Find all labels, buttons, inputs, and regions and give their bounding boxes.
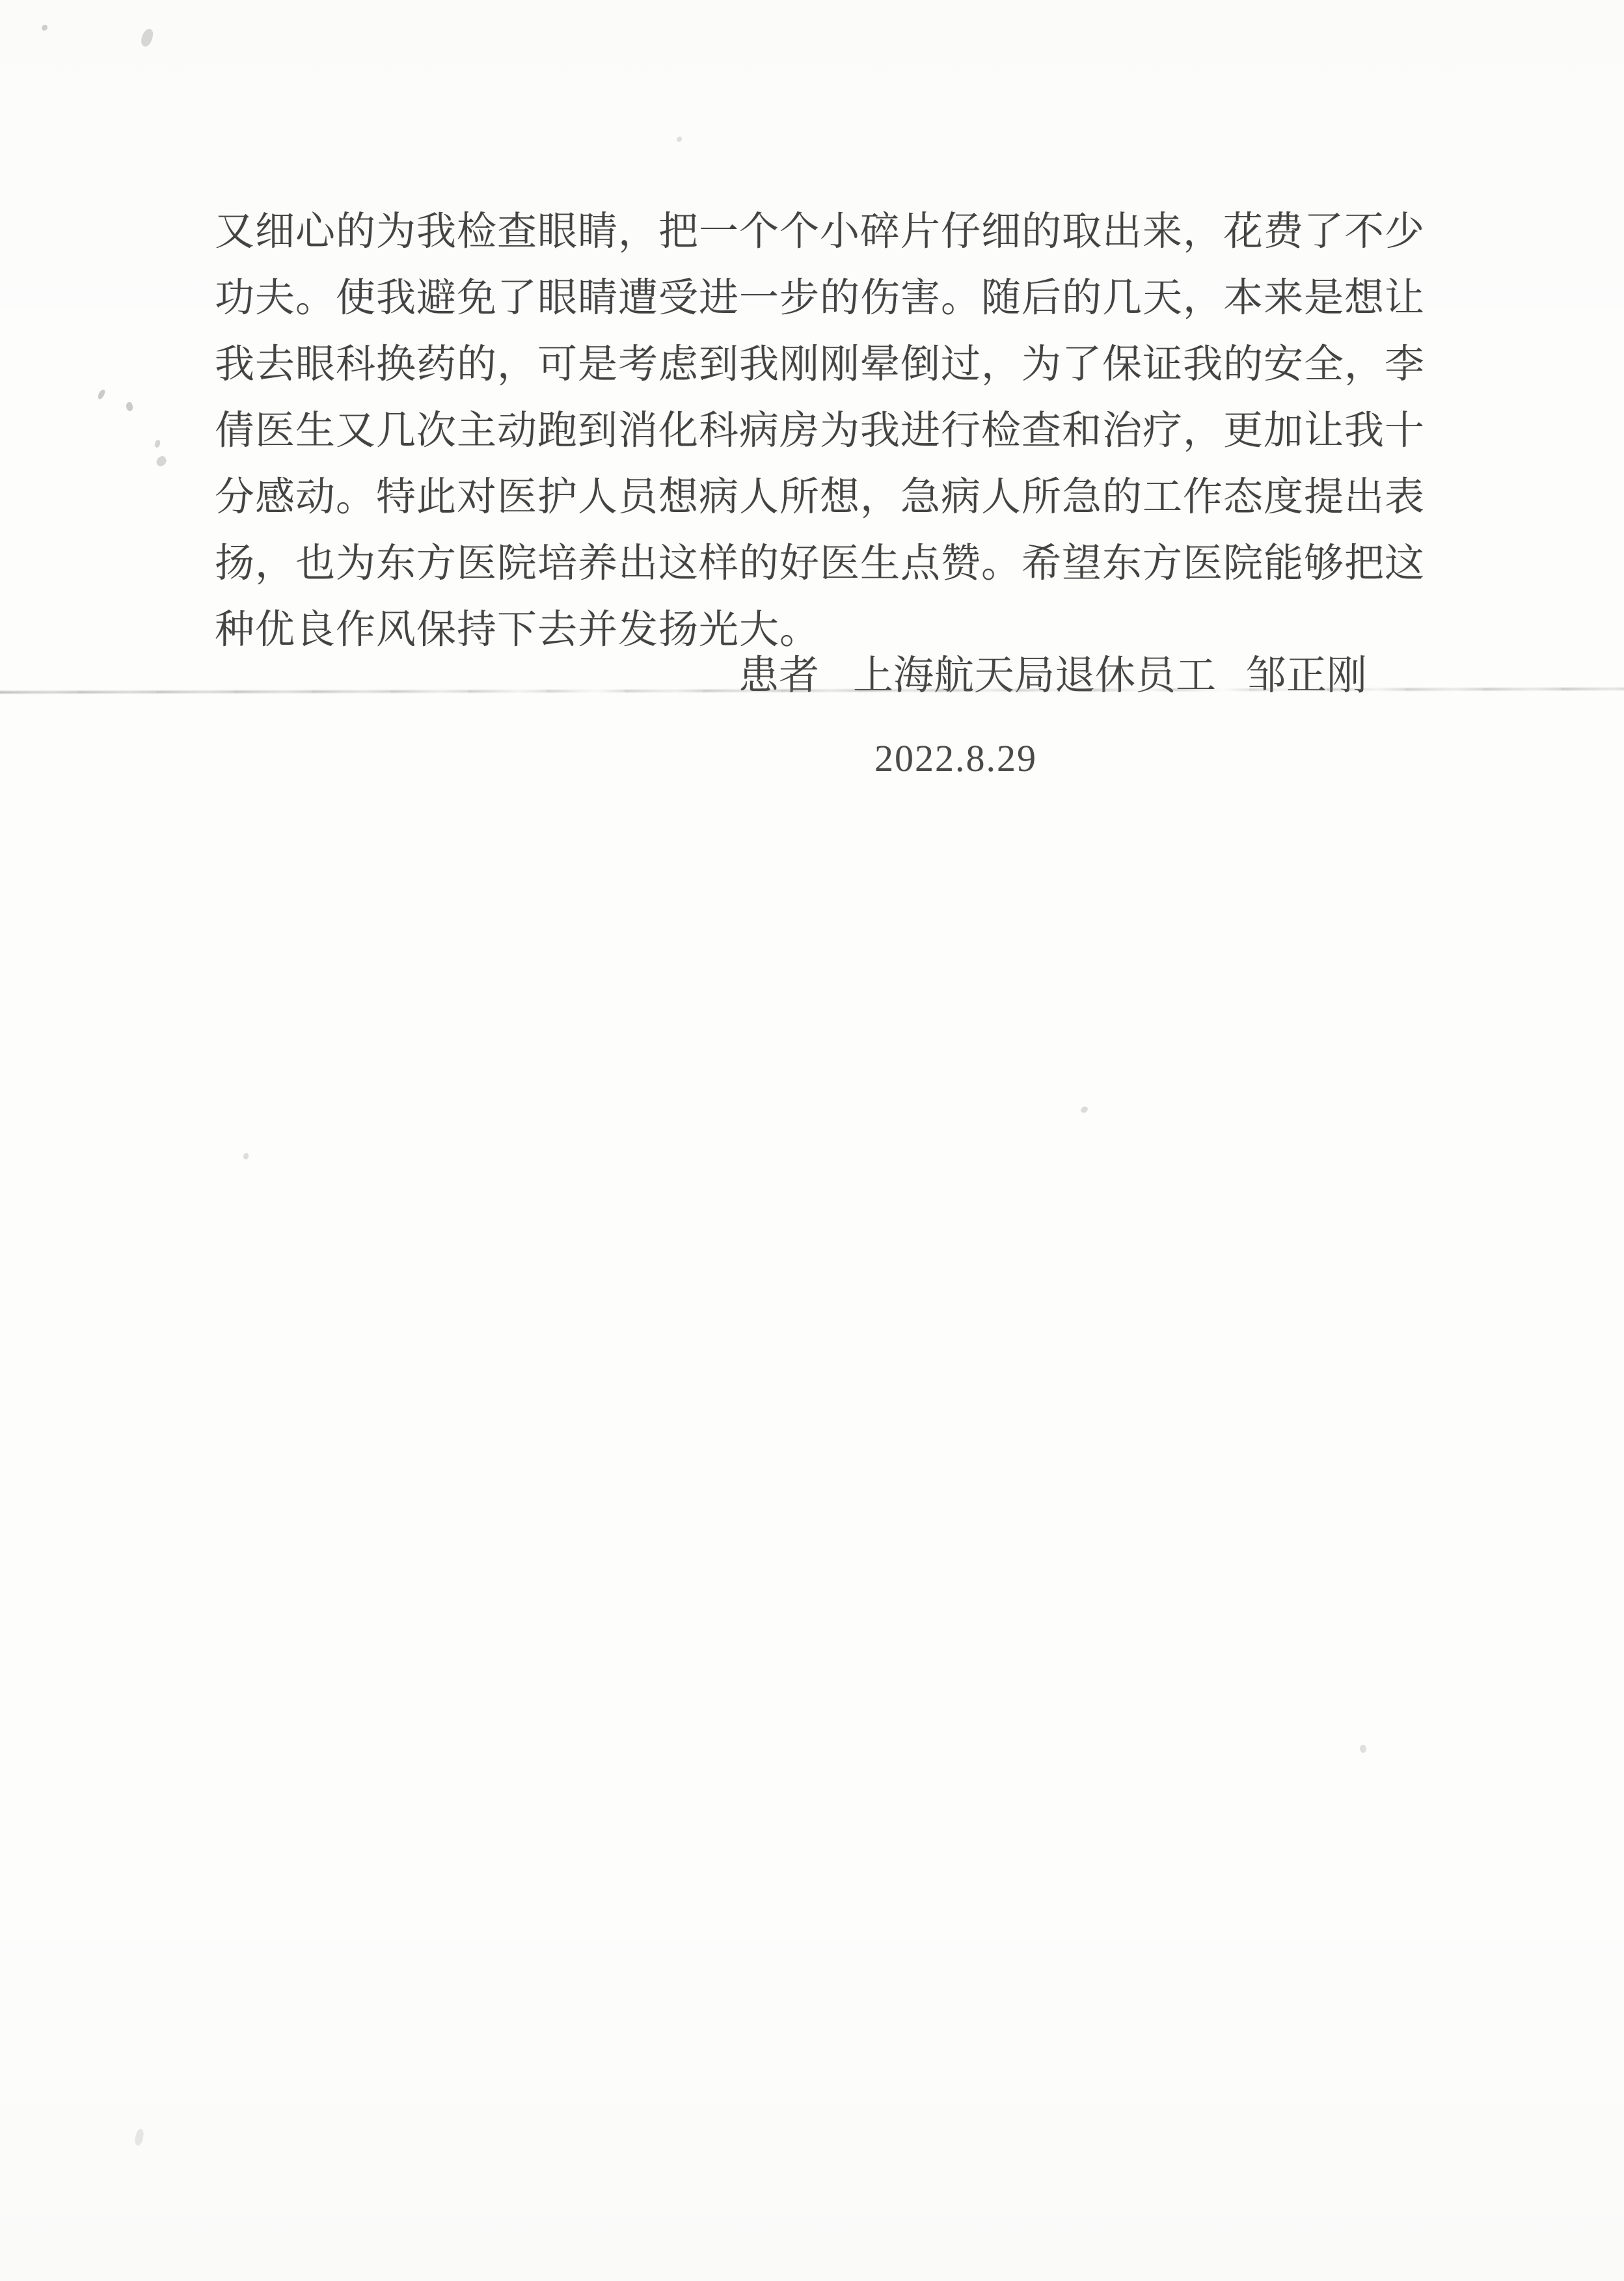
- scan-speck: [1080, 1105, 1089, 1114]
- scan-speck: [155, 455, 169, 468]
- body-text-line: 我去眼科换药的，可是考虑到我刚刚晕倒过，为了保证我的安全，李: [215, 332, 1415, 398]
- letter-body: 又细心的为我检查眼睛，把一个个小碎片仔细的取出来，花费了不少 功夫。使我避免了眼…: [215, 199, 1415, 664]
- letter-date: 2022.8.29: [874, 727, 1037, 790]
- scan-speck: [140, 27, 154, 47]
- scan-speck: [97, 388, 106, 400]
- scan-speck: [243, 1153, 249, 1159]
- body-text-line: 倩医生又几次主动跑到消化科病房为我进行检查和治疗，更加让我十: [215, 398, 1415, 465]
- body-text-line: 分感动。特此对医护人员想病人所想，急病人所急的工作态度提出表: [215, 465, 1415, 531]
- scanned-letter-page: 又细心的为我检查眼睛，把一个个小碎片仔细的取出来，花费了不少 功夫。使我避免了眼…: [0, 0, 1624, 2281]
- scan-speck: [125, 401, 134, 412]
- signature-line: 患者上海航天局退休员工邹正刚: [738, 643, 1367, 709]
- scan-speck: [154, 439, 161, 448]
- body-text-line: 功夫。使我避免了眼睛遭受进一步的伤害。随后的几天，本来是想让: [215, 265, 1415, 332]
- scan-speck: [1359, 1744, 1368, 1754]
- body-text-line: 扬，也为东方医院培养出这样的好医生点赞。希望东方医院能够把这: [215, 531, 1415, 597]
- scan-speck: [134, 2128, 144, 2146]
- body-text-line: 又细心的为我检查眼睛，把一个个小碎片仔细的取出来，花费了不少: [215, 199, 1415, 265]
- scan-speck: [42, 25, 47, 31]
- scan-speck: [677, 137, 682, 142]
